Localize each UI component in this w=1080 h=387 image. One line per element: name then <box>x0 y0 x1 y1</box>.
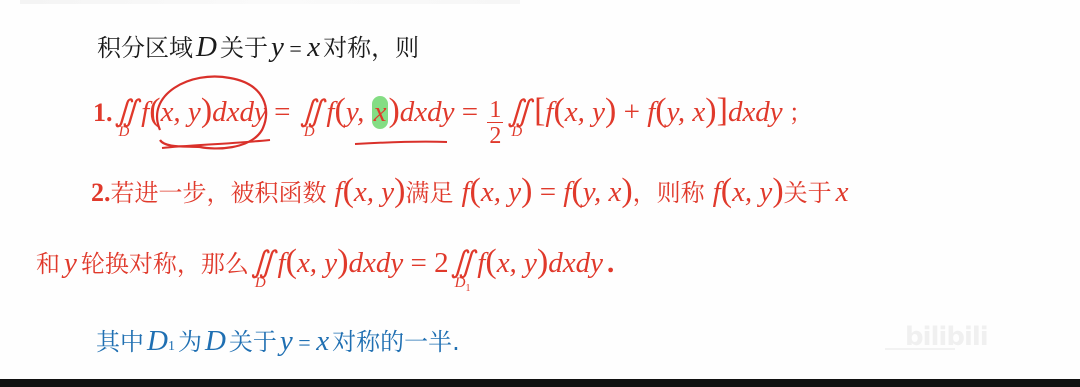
func-f: f <box>461 176 469 209</box>
bilibili-watermark: bilibili <box>905 322 988 352</box>
lecture-slide: 积分区域 D 关于 y = x 对称，则 1. ∬D f (x, y) dxdy… <box>0 0 1080 380</box>
func-f: f <box>647 96 655 129</box>
dxdy: dxdy <box>212 96 267 129</box>
equals-sign: = <box>532 176 563 209</box>
equals-sign: = <box>403 247 434 280</box>
plus-sign: + <box>616 96 647 129</box>
double-integral-3: ∬D <box>507 94 522 129</box>
region-d1: D <box>147 325 168 358</box>
region-d: D <box>205 325 226 358</box>
equals-sign: = <box>455 96 486 129</box>
intro-text-2: 关于 <box>220 28 268 63</box>
note-text-1: 其中 <box>96 322 144 357</box>
var-x: x <box>316 325 329 358</box>
coefficient-2: 2 <box>434 247 449 280</box>
item-2-line-1: 2. 若进一步，被积函数 f (x, y) 满足 f (x, y) = f (y… <box>91 172 849 210</box>
var-y: y <box>280 325 293 358</box>
func-f: f <box>477 247 485 280</box>
args-xy: x, y <box>732 176 772 209</box>
var-x: x <box>836 176 849 209</box>
item-2-line-2: 和 y 轮换对称，那么 ∬D f (x, y) dxdy = 2 ∬D1 f (… <box>36 243 614 281</box>
item-2-text-2: 满足 <box>405 173 453 208</box>
equals-sign: = <box>293 330 316 356</box>
func-f: f <box>335 176 343 209</box>
func-f: f <box>141 96 149 129</box>
equals-sign: = <box>284 36 307 62</box>
func-f: f <box>545 96 553 129</box>
equals-sign: = <box>267 96 298 129</box>
dxdy: dxdy <box>349 247 404 280</box>
dxdy: dxdy <box>548 247 603 280</box>
args-y: y, <box>346 96 372 129</box>
func-f: f <box>278 247 286 280</box>
double-integral-2: ∬D <box>300 94 315 129</box>
item-2-text-6: 轮换对称，那么 <box>81 244 249 279</box>
item-2-text-4: 关于 <box>784 173 832 208</box>
item-2-number: 2. <box>91 178 111 208</box>
item-1-number: 1. <box>93 98 113 128</box>
bracket-close: ] <box>717 92 728 130</box>
note-text-2: 为 <box>178 322 202 357</box>
double-integral-1: ∬D <box>115 94 130 129</box>
region-d: D <box>196 31 217 64</box>
args-xy: x, y <box>481 176 521 209</box>
args-xy: x, y <box>161 96 201 129</box>
bracket-open: [ <box>534 92 545 130</box>
period: . <box>607 247 614 280</box>
func-f: f <box>713 176 721 209</box>
note-text-4: 对称的一半. <box>332 322 460 357</box>
var-y: y <box>271 31 284 64</box>
fraction-one-half: 12 <box>487 98 503 149</box>
double-integral-d: ∬D <box>251 245 266 280</box>
args-y: y, <box>667 96 693 129</box>
intro-line: 积分区域 D 关于 y = x 对称，则 <box>97 28 419 64</box>
args-xy: x, y <box>497 247 537 280</box>
func-f: f <box>563 176 571 209</box>
intro-text-1: 积分区域 <box>97 28 193 63</box>
intro-text-3: 对称，则 <box>323 28 419 63</box>
note-text-3: 关于 <box>229 322 277 357</box>
region-d1-subscript: 1 <box>168 339 175 355</box>
var-y: y <box>64 247 77 280</box>
highlighted-x: x <box>372 96 389 129</box>
args-xy: x, y <box>354 176 394 209</box>
double-integral-d1: ∬D1 <box>451 245 466 280</box>
bottom-border <box>0 379 1080 387</box>
dxdy: dxdy <box>400 96 455 129</box>
func-f: f <box>326 96 334 129</box>
faded-previous-line <box>20 0 520 4</box>
item-2-text-5: 和 <box>36 244 60 279</box>
args-xy: x, y <box>297 247 337 280</box>
args-y: y, <box>583 176 609 209</box>
note-line: 其中 D1 为 D 关于 y = x 对称的一半. <box>96 322 460 358</box>
item-2-text-3: ，则称 <box>633 173 705 208</box>
var-x: x <box>307 31 320 64</box>
args-x: x <box>692 96 705 129</box>
item-1-formula: 1. ∬D f (x, y) dxdy = ∬D f (y, x) dxdy =… <box>93 92 813 153</box>
args-x: x <box>608 176 621 209</box>
item-2-text-1: 若进一步，被积函数 <box>111 173 327 208</box>
args-xy: x, y <box>565 96 605 129</box>
semicolon: ； <box>789 93 813 128</box>
dxdy: dxdy <box>728 96 783 129</box>
